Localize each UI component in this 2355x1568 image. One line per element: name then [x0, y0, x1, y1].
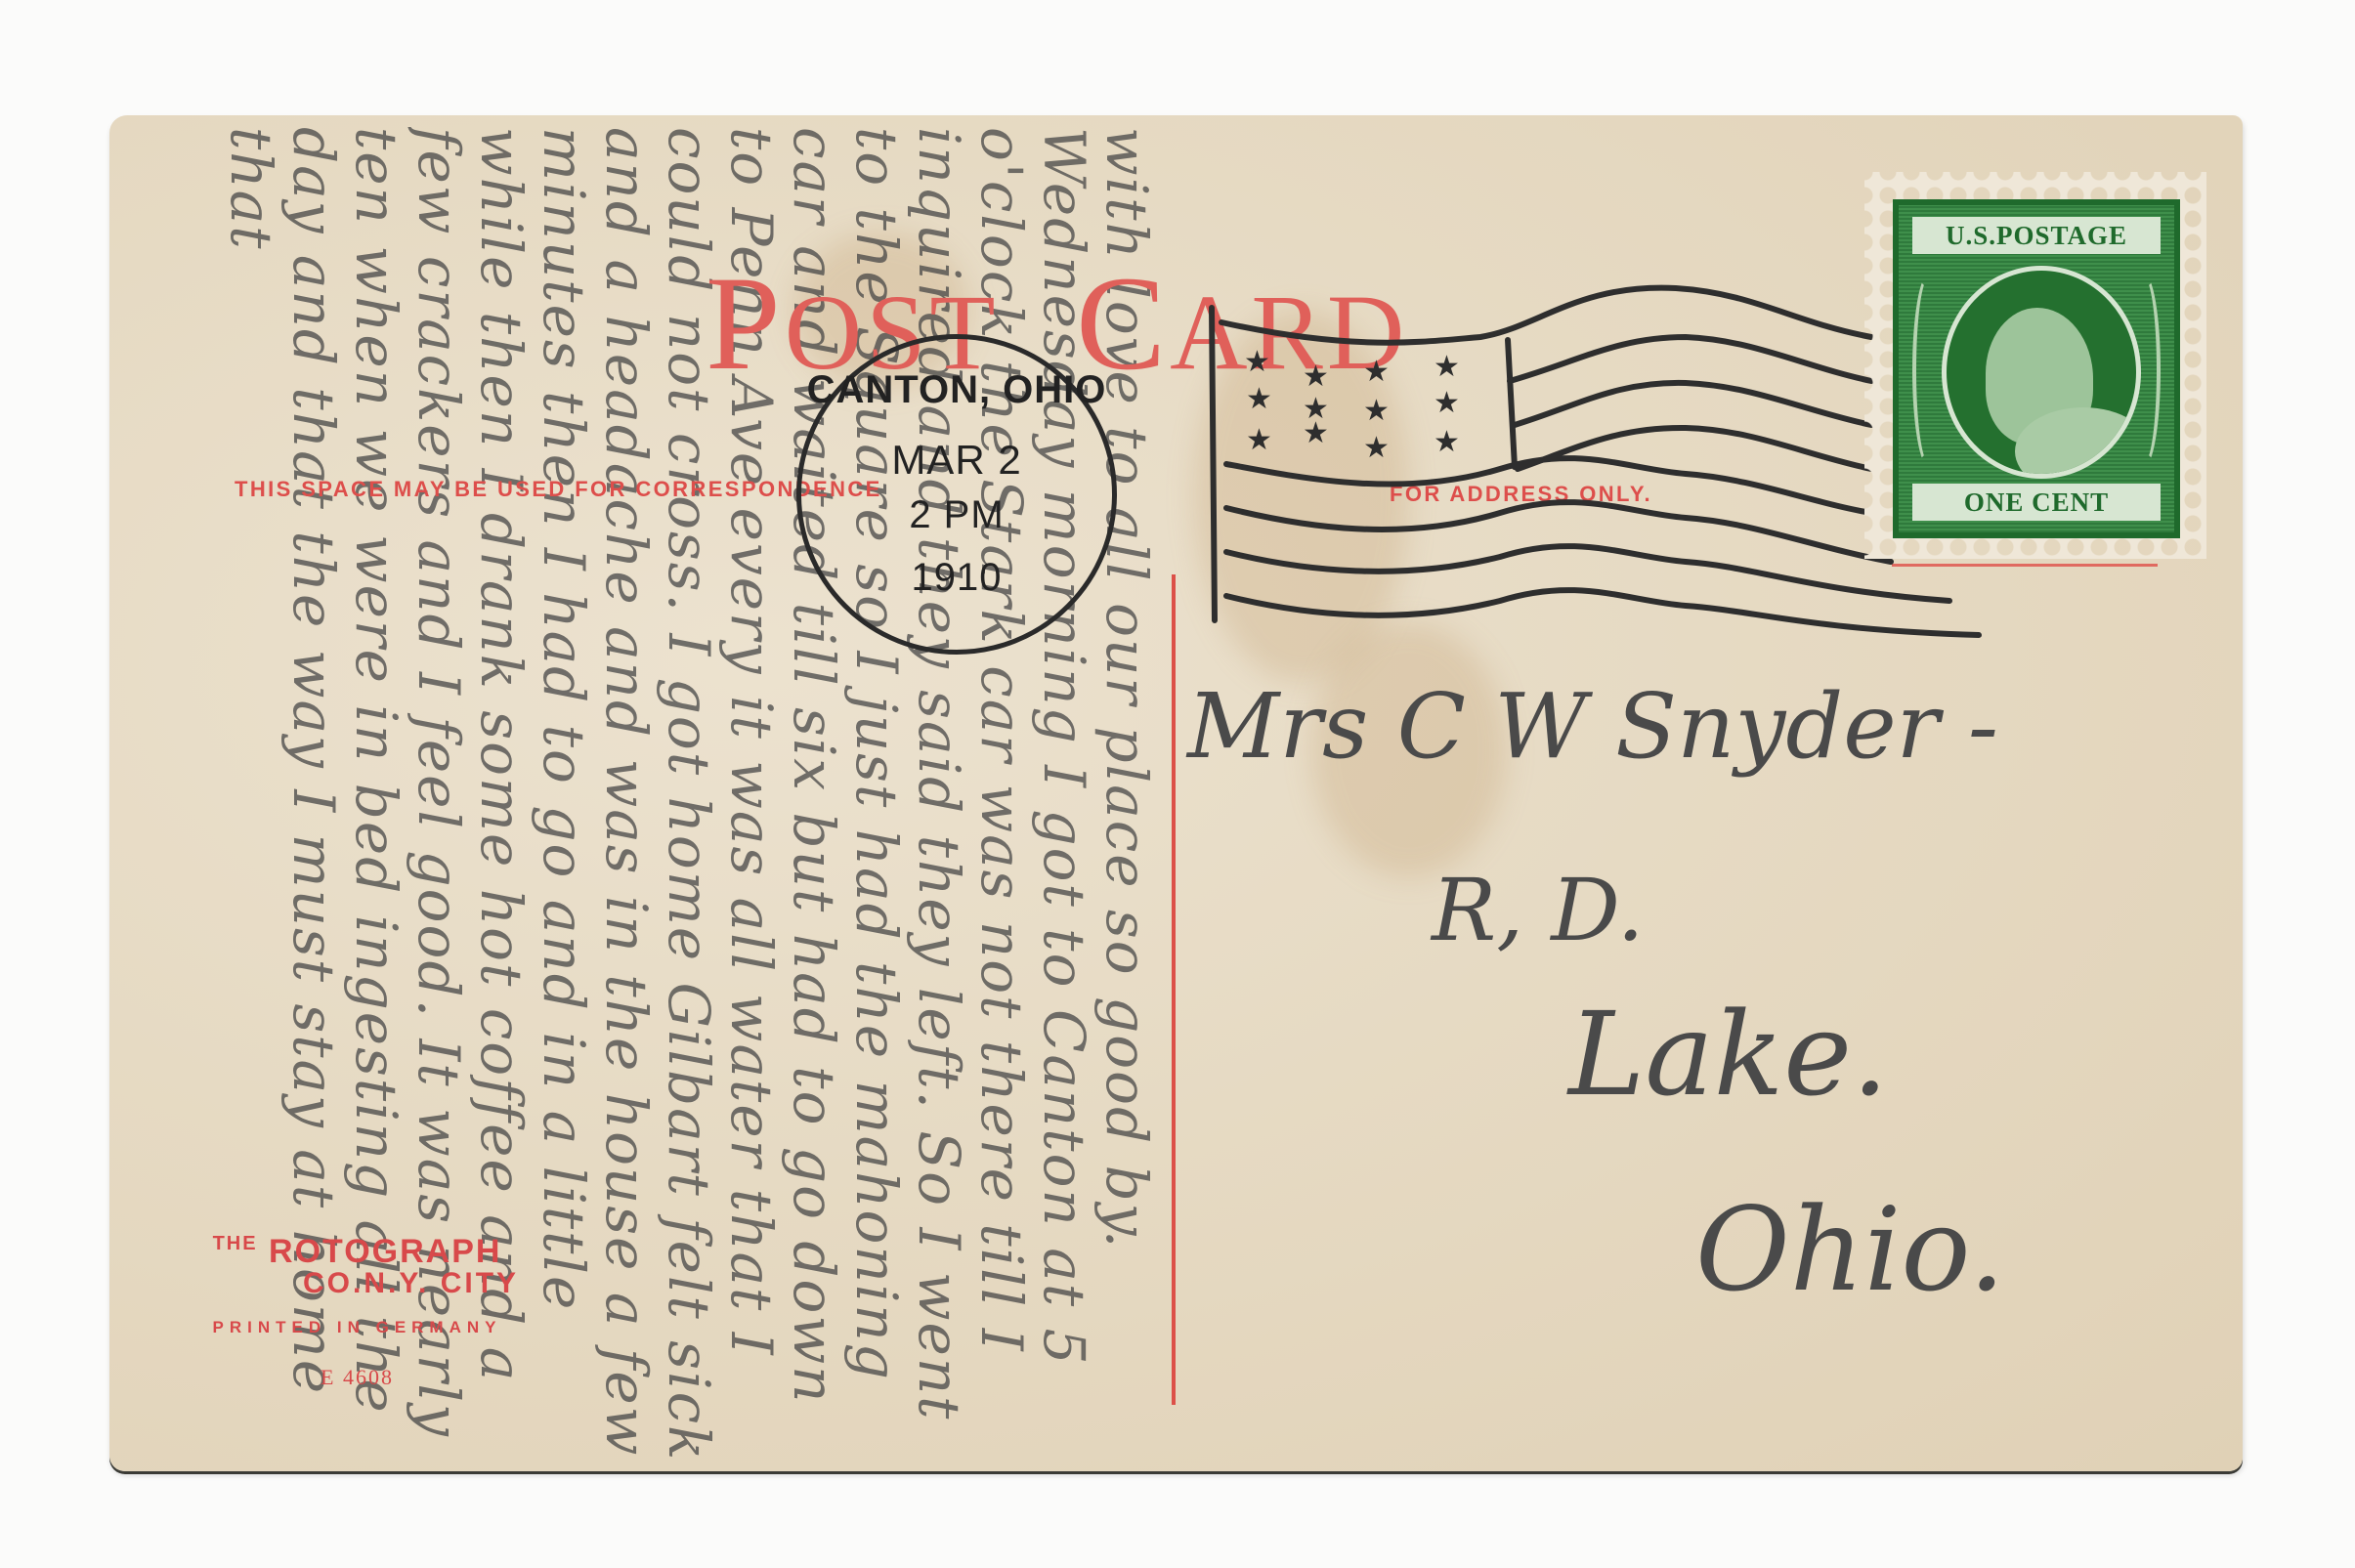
postmark-date: MAR 2 [801, 437, 1112, 484]
postmark-city: CANTON, OHIO [801, 368, 1112, 412]
svg-text:★: ★ [1244, 345, 1270, 379]
svg-text:★: ★ [1363, 355, 1390, 389]
divider-line [1172, 574, 1176, 1405]
address-line-name: Mrs C W Snyder - [1187, 674, 1998, 779]
postmark: CANTON, OHIO MAR 2 2 PM 1910 [796, 334, 1117, 655]
publisher-city: CO.N.Y. CITY [303, 1267, 519, 1300]
heading-letter: P [706, 248, 785, 398]
postmark-year: 1910 [801, 556, 1112, 600]
postage-stamp: U.S.POSTAGE ONE CENT [1893, 199, 2180, 538]
svg-text:★: ★ [1434, 386, 1460, 420]
publisher-imprint: THE ROTOGRAPH CO.N.Y. CITY PRINTED IN GE… [195, 1233, 519, 1390]
svg-text:★: ★ [1363, 431, 1390, 465]
printed-in: PRINTED IN GERMANY [195, 1318, 519, 1337]
svg-text:★: ★ [1303, 360, 1329, 394]
laurel-icon [1912, 274, 1946, 467]
correspondence-label: THIS SPACE MAY BE USED FOR CORRESPONDENC… [235, 477, 882, 502]
svg-text:★: ★ [1434, 350, 1460, 384]
svg-text:★: ★ [1246, 382, 1272, 416]
laurel-icon [2127, 274, 2161, 467]
franklin-portrait-icon [1942, 266, 2141, 479]
address-line-town: Lake. [1568, 987, 1889, 1122]
address-line-state: Ohio. [1695, 1182, 2005, 1317]
catalog-number: E 4608 [195, 1365, 519, 1390]
publisher-prefix: THE [213, 1233, 258, 1254]
svg-text:★: ★ [1363, 394, 1390, 428]
svg-text:★: ★ [1434, 425, 1460, 459]
stamp-top-text: U.S.POSTAGE [1912, 217, 2161, 254]
postmark-time: 2 PM [801, 493, 1112, 537]
svg-text:★: ★ [1303, 416, 1329, 450]
publisher-name: ROTOGRAPH [269, 1233, 501, 1270]
svg-text:★: ★ [1246, 423, 1272, 457]
stamp-denomination: ONE CENT [1912, 484, 2161, 521]
address-line-route: R, D. [1432, 860, 1645, 960]
